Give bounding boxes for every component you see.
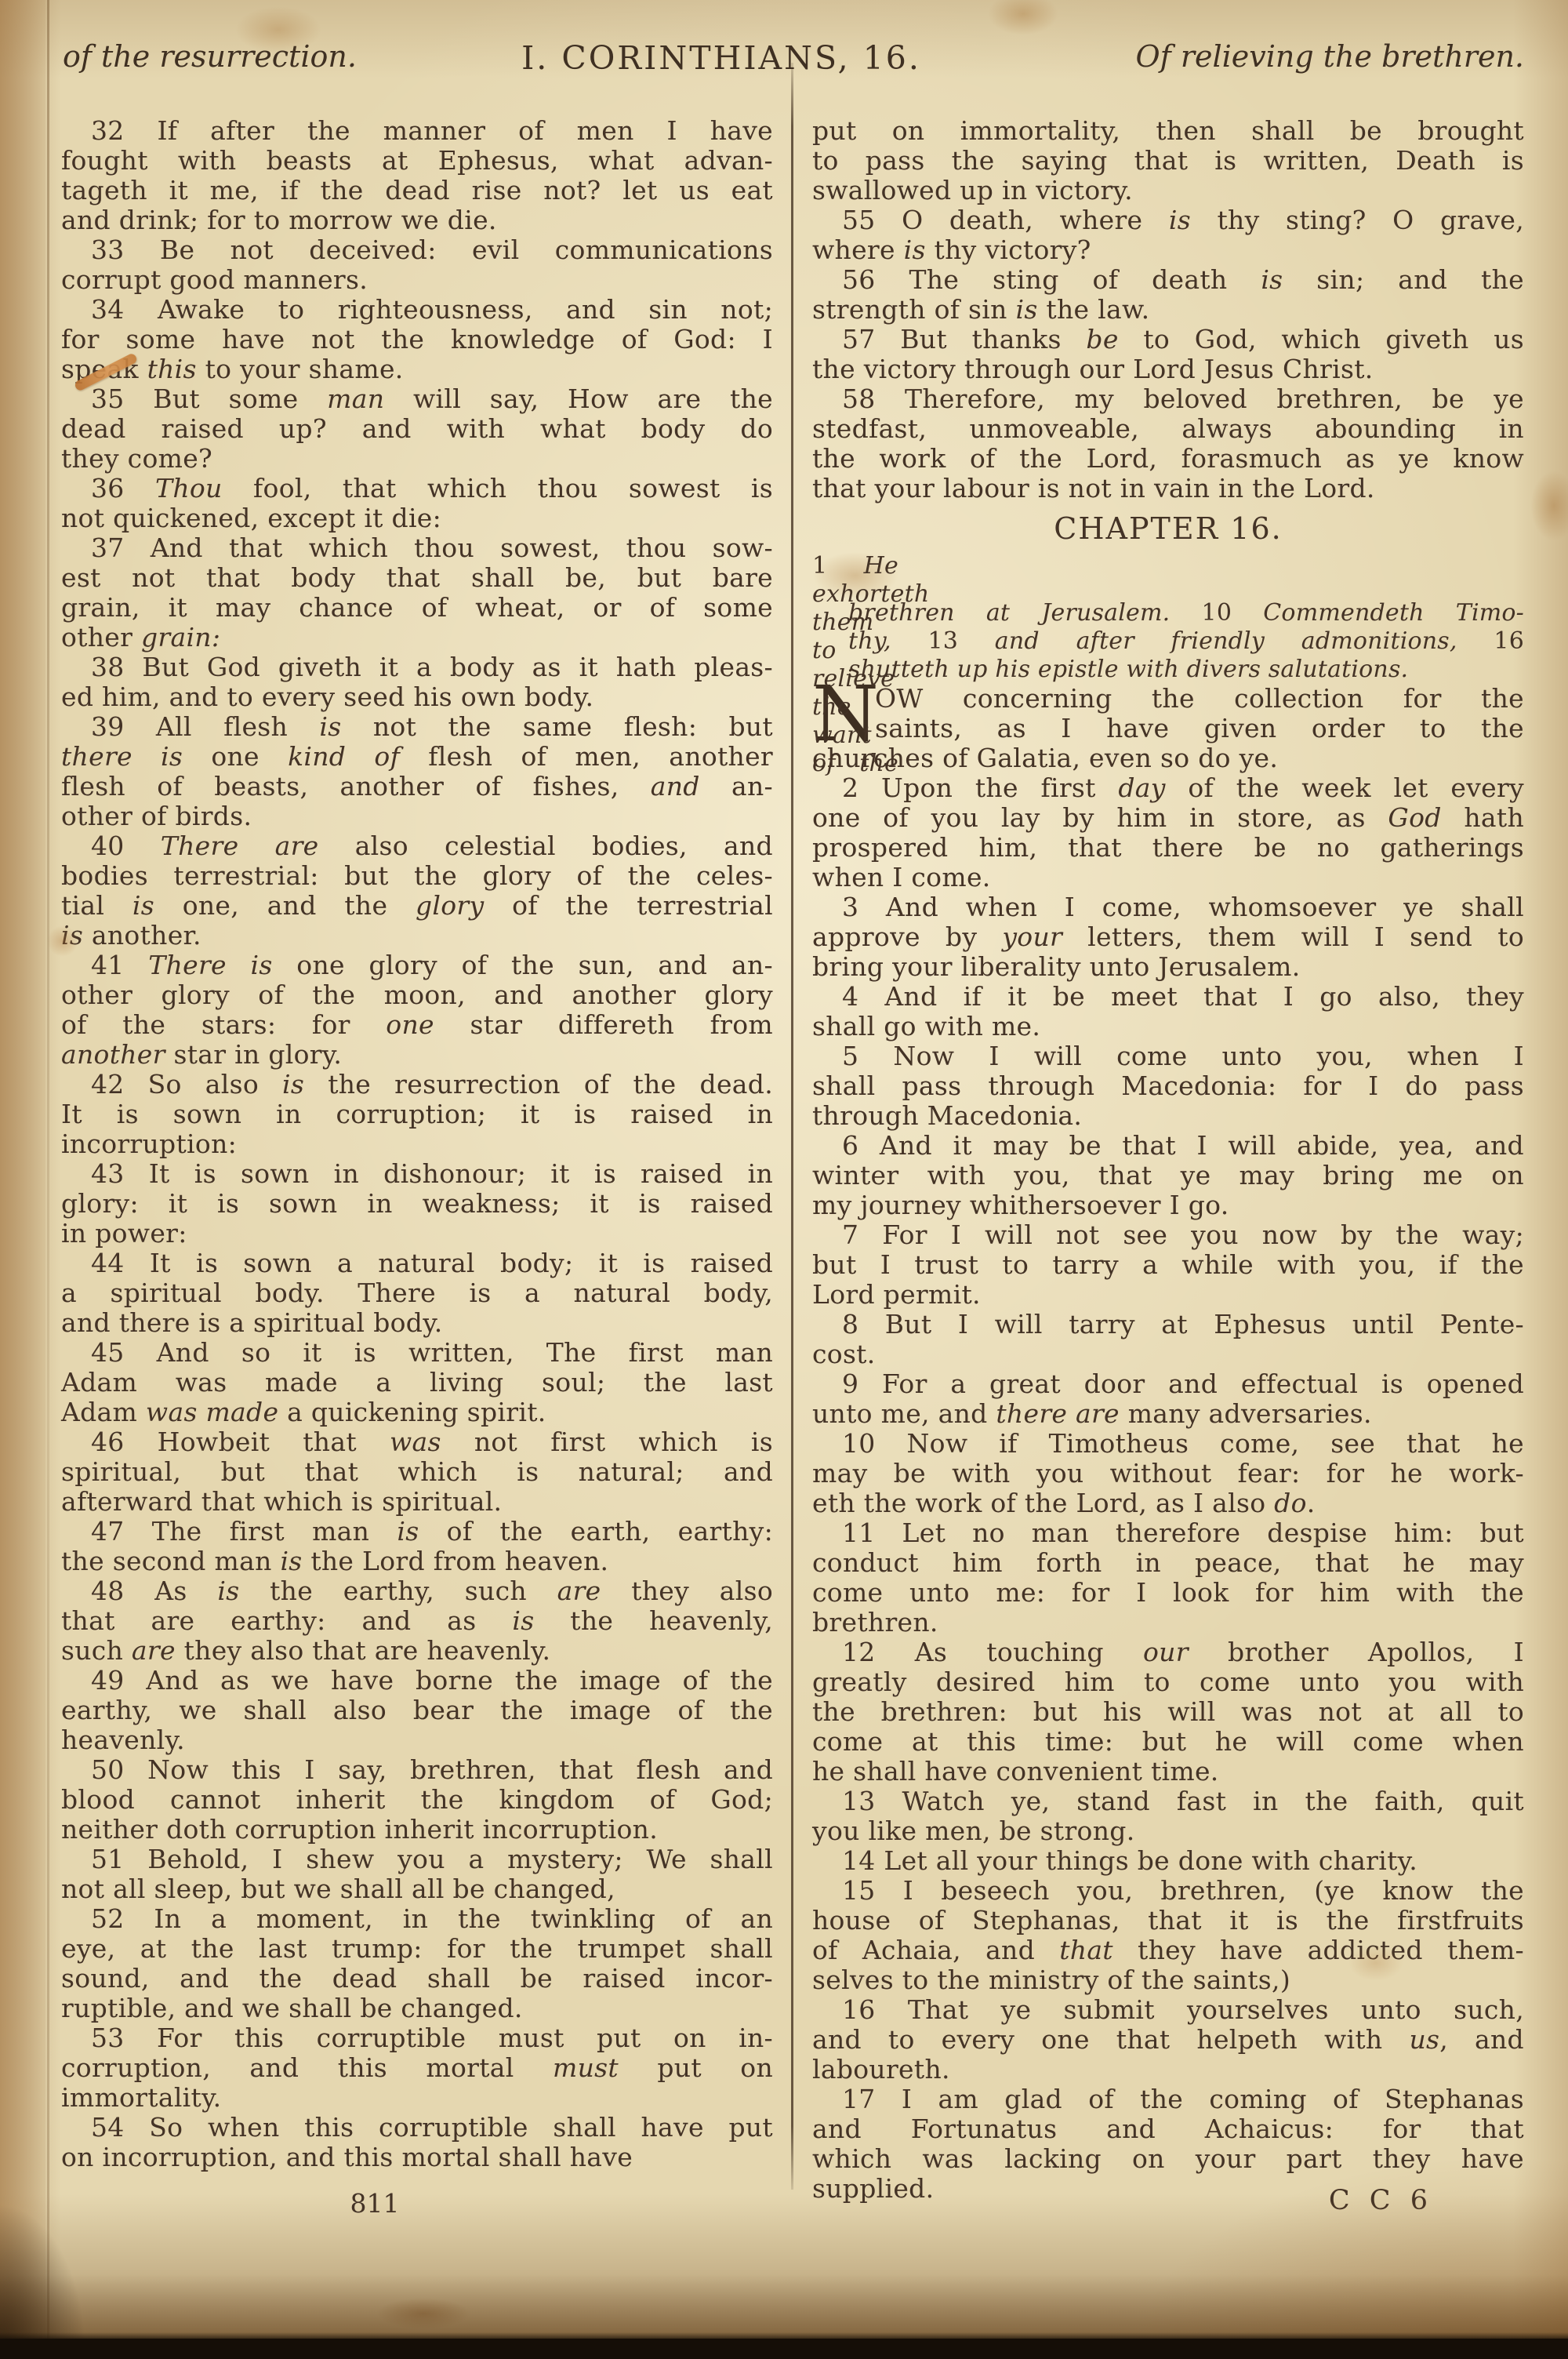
text-line: 51 Behold, I shew you a mystery; We shal… — [61, 1845, 773, 1874]
text-line: immortality. — [61, 2083, 773, 2113]
text-line: brethren. — [812, 1608, 1524, 1637]
corner-page-curl — [0, 2204, 86, 2353]
text-line: bodies terrestrial: but the glory of the… — [61, 861, 773, 891]
text-line: cost. — [812, 1339, 1524, 1369]
text-line: shutteth up his epistle with divers salu… — [812, 656, 1524, 684]
text-line: another star in glory. — [61, 1040, 773, 1070]
book-edge — [0, 2339, 1568, 2359]
text-line: there is one kind of flesh of men, anoth… — [61, 742, 773, 772]
text-line: 36 Thou fool, that which thou sowest is — [61, 474, 773, 503]
text-line: Lord permit. — [812, 1280, 1524, 1310]
text-line: 32 If after the manner of men I have — [61, 116, 773, 146]
text-line: 40 There are also celestial bodies, and — [61, 831, 773, 861]
text-line: saints, as I have given order to the — [812, 714, 1524, 743]
text-line: 55 O death, where is thy sting? O grave, — [812, 205, 1524, 235]
text-line: Adam was made a living soul; the last — [61, 1368, 773, 1398]
text-line: 2 Upon the first day of the week let eve… — [812, 773, 1524, 803]
stain — [988, 0, 1058, 35]
text-line: est not that body that shall be, but bar… — [61, 563, 773, 593]
bible-page: of the resurrection. I. CORINTHIANS, 16.… — [0, 0, 1568, 2359]
text-line: tageth it me, if the dead rise not? let … — [61, 176, 773, 205]
text-line: 41 There is one glory of the sun, and an… — [61, 951, 773, 980]
text-line: CHAPTER 16. — [812, 503, 1524, 552]
text-line: of Achaia, and that they have addicted t… — [812, 1936, 1524, 1965]
text-line: glory: it is sown in weakness; it is rai… — [61, 1189, 773, 1219]
text-line: ruptible, and we shall be changed. — [61, 1994, 773, 2023]
text-line: where is thy victory? — [812, 235, 1524, 265]
running-head-right: Of relieving the brethren. — [1136, 39, 1524, 74]
text-line: 53 For this corruptible must put on in- — [61, 2023, 773, 2053]
text-line: 48 As is the earthy, such are they also — [61, 1576, 773, 1606]
text-line: eye, at the last trump: for the trumpet … — [61, 1934, 773, 1964]
text-line: incorruption: — [61, 1129, 773, 1159]
text-line: spiritual, but that which is natural; an… — [61, 1457, 773, 1487]
text-line: through Macedonia. — [812, 1101, 1524, 1131]
text-line: of the stars: for one star differeth fro… — [61, 1010, 773, 1040]
text-line: neither doth corruption inherit incorrup… — [61, 1815, 773, 1845]
text-line: 54 So when this corruptible shall have p… — [61, 2113, 773, 2143]
text-line: 39 All flesh is not the same flesh: but — [61, 712, 773, 742]
text-line: churches of Galatia, even so do ye. — [812, 743, 1524, 773]
text-line: ed him, and to every seed his own body. — [61, 682, 773, 712]
text-line: fought with beasts at Ephesus, what adva… — [61, 146, 773, 176]
text-line: thy, 13 and after friendly admonitions, … — [812, 627, 1524, 656]
stain — [1530, 471, 1568, 541]
text-line: other grain: — [61, 623, 773, 652]
text-line: 50 Now this I say, brethren, that flesh … — [61, 1755, 773, 1785]
text-line: and there is a spiritual body. — [61, 1308, 773, 1338]
page-left-edge — [0, 0, 45, 2359]
text-line: 38 But God giveth it a body as it hath p… — [61, 652, 773, 682]
text-line: 7 For I will not see you now by the way; — [812, 1220, 1524, 1250]
text-line: afterward that which is spiritual. — [61, 1487, 773, 1517]
text-line: 49 And as we have borne the image of the — [61, 1666, 773, 1696]
text-line: 34 Awake to righteousness, and sin not; — [61, 295, 773, 325]
text-line: 5 Now I will come unto you, when I — [812, 1041, 1524, 1071]
text-line: on incorruption, and this mortal shall h… — [61, 2143, 773, 2172]
text-line: 45 And so it is written, The first man — [61, 1338, 773, 1368]
text-line: shall go with me. — [812, 1012, 1524, 1041]
text-line: conduct him forth in peace, that he may — [812, 1548, 1524, 1578]
column-rule — [791, 63, 793, 2190]
text-line: 14 Let all your things be done with char… — [812, 1846, 1524, 1876]
dropcap-paragraph: NOW concerning the collection for thesai… — [812, 684, 1524, 773]
text-line: such are they also that are heavenly. — [61, 1636, 773, 1666]
text-line: corruption, and this mortal must put on — [61, 2053, 773, 2083]
text-line: tial is one, and the glory of the terres… — [61, 891, 773, 921]
running-head-title: I. CORINTHIANS, 16. — [439, 39, 1004, 77]
text-line: strength of sin is the law. — [812, 295, 1524, 325]
text-line: they come? — [61, 444, 773, 474]
text-line: not all sleep, but we shall all be chang… — [61, 1874, 773, 1904]
text-line: 37 And that which thou sowest, thou sow- — [61, 533, 773, 563]
stain — [235, 6, 321, 53]
stain — [47, 925, 78, 957]
text-line: may be with you without fear: for he wor… — [812, 1459, 1524, 1488]
text-line: the work of the Lord, forasmuch as ye kn… — [812, 444, 1524, 474]
text-line: 15 I beseech you, brethren, (ye know the — [812, 1876, 1524, 1906]
text-line: prospered him, that there be no gatherin… — [812, 833, 1524, 863]
text-line: dead raised up? and with what body do — [61, 414, 773, 444]
text-line: greatly desired him to come unto you wit… — [812, 1667, 1524, 1697]
stain — [1348, 1945, 1403, 1981]
text-line: stedfast, unmoveable, always abounding i… — [812, 414, 1524, 444]
text-line: 8 But I will tarry at Ephesus until Pent… — [812, 1310, 1524, 1339]
text-line: 6 And it may be that I will abide, yea, … — [812, 1131, 1524, 1161]
text-line: come unto me: for I look for him with th… — [812, 1578, 1524, 1608]
text-line: 12 As touching our brother Apollos, I — [812, 1637, 1524, 1667]
text-line: sound, and the dead shall be raised inco… — [61, 1964, 773, 1994]
text-line: come at this time: but he will come when — [812, 1727, 1524, 1757]
text-line: the victory through our Lord Jesus Chris… — [812, 354, 1524, 384]
text-line: 1 He exhorteth them to relieve the want … — [812, 552, 898, 599]
page-number: 811 — [61, 2188, 688, 2219]
text-line: 33 Be not deceived: evil communications — [61, 235, 773, 265]
text-line: and to every one that helpeth with us, a… — [812, 2025, 1524, 2055]
text-line: 52 In a moment, in the twinkling of an — [61, 1904, 773, 1934]
text-line: 13 Watch ye, stand fast in the faith, qu… — [812, 1787, 1524, 1816]
text-line: grain, it may chance of wheat, or of som… — [61, 593, 773, 623]
text-line: he shall have convenient time. — [812, 1757, 1524, 1787]
text-line: swallowed up in victory. — [812, 176, 1524, 205]
text-line: and Fortunatus and Achaicus: for that — [812, 2114, 1524, 2144]
text-line: bring your liberality unto Jerusalem. — [812, 952, 1524, 982]
text-line: winter with you, that ye may bring me on — [812, 1161, 1524, 1190]
text-line: one of you lay by him in store, as God h… — [812, 803, 1524, 833]
text-line: Adam was made a quickening spirit. — [61, 1398, 773, 1427]
text-line: 16 That ye submit yourselves unto such, — [812, 1995, 1524, 2025]
text-line: that your labour is not in vain in the L… — [812, 474, 1524, 503]
text-line: 9 For a great door and effectual is open… — [812, 1369, 1524, 1399]
text-line: brethren at Jerusalem. 10 Commendeth Tim… — [812, 599, 1524, 627]
text-line: my journey whithersoever I go. — [812, 1190, 1524, 1220]
text-line: approve by your letters, them will I sen… — [812, 922, 1524, 952]
text-line: 57 But thanks be to God, which giveth us — [812, 325, 1524, 354]
text-line: 4 And if it be meet that I go also, they — [812, 982, 1524, 1012]
text-line: 58 Therefore, my beloved brethren, be ye — [812, 384, 1524, 414]
text-line: heavenly. — [61, 1725, 773, 1755]
text-line: selves to the ministry of the saints,) — [812, 1965, 1524, 1995]
text-line: 43 It is sown in dishonour; it is raised… — [61, 1159, 773, 1189]
text-line: corrupt good manners. — [61, 265, 773, 295]
text-line: to pass the saying that is written, Deat… — [812, 146, 1524, 176]
text-line: not quickened, except it die: — [61, 503, 773, 533]
text-line: 10 Now if Timotheus come, see that he — [812, 1429, 1524, 1459]
text-line: flesh of beasts, another of fishes, and … — [61, 772, 773, 801]
text-line: 11 Let no man therefore despise him: but — [812, 1518, 1524, 1548]
text-line: 42 So also is the resurrection of the de… — [61, 1070, 773, 1100]
text-line: 3 And when I come, whomsoever ye shall — [812, 892, 1524, 922]
text-line: OW concerning the collection for the — [812, 684, 1524, 714]
text-line: 56 The sting of death is sin; and the — [812, 265, 1524, 295]
left-text-column: 32 If after the manner of men I havefoug… — [61, 116, 773, 2172]
text-line: 35 But some man will say, How are the — [61, 384, 773, 414]
text-line: unto me, and there are many adversaries. — [812, 1399, 1524, 1429]
text-line: but I trust to tarry a while with you, i… — [812, 1250, 1524, 1280]
text-line: eth the work of the Lord, as I also do. — [812, 1488, 1524, 1518]
text-line: the second man is the Lord from heaven. — [61, 1547, 773, 1576]
text-line: 44 It is sown a natural body; it is rais… — [61, 1249, 773, 1278]
text-line: the brethren: but his will was not at al… — [812, 1697, 1524, 1727]
running-head-left: of the resurrection. — [63, 39, 357, 74]
text-line: in power: — [61, 1219, 773, 1249]
text-line: a spiritual body. There is a natural bod… — [61, 1278, 773, 1308]
text-line: laboureth. — [812, 2055, 1524, 2085]
text-line: for some have not the knowledge of God: … — [61, 325, 773, 354]
text-line: 17 I am glad of the coming of Stephanas — [812, 2085, 1524, 2114]
text-line: It is sown in corruption; it is raised i… — [61, 1100, 773, 1129]
text-line: shall pass through Macedonia: for I do p… — [812, 1071, 1524, 1101]
text-line: put on immortality, then shall be brough… — [812, 116, 1524, 146]
text-line: that are earthy: and as is the heavenly, — [61, 1606, 773, 1636]
text-line: you like men, be strong. — [812, 1816, 1524, 1846]
right-text-column: put on immortality, then shall be brough… — [812, 116, 1524, 2204]
text-line: other glory of the moon, and another glo… — [61, 980, 773, 1010]
text-line: when I come. — [812, 863, 1524, 892]
text-line: earthy, we shall also bear the image of … — [61, 1696, 773, 1725]
text-line: 47 The first man is of the earth, earthy… — [61, 1517, 773, 1547]
text-line: blood cannot inherit the kingdom of God; — [61, 1785, 773, 1815]
text-line: and drink; for to morrow we die. — [61, 205, 773, 235]
text-line: is another. — [61, 921, 773, 951]
page-edge-crease — [47, 0, 49, 2359]
text-line: house of Stephanas, that it is the first… — [812, 1906, 1524, 1936]
text-line: other of birds. — [61, 801, 773, 831]
text-line: speak this to your shame. — [61, 354, 773, 384]
text-line: 46 Howbeit that was not first which is — [61, 1427, 773, 1457]
